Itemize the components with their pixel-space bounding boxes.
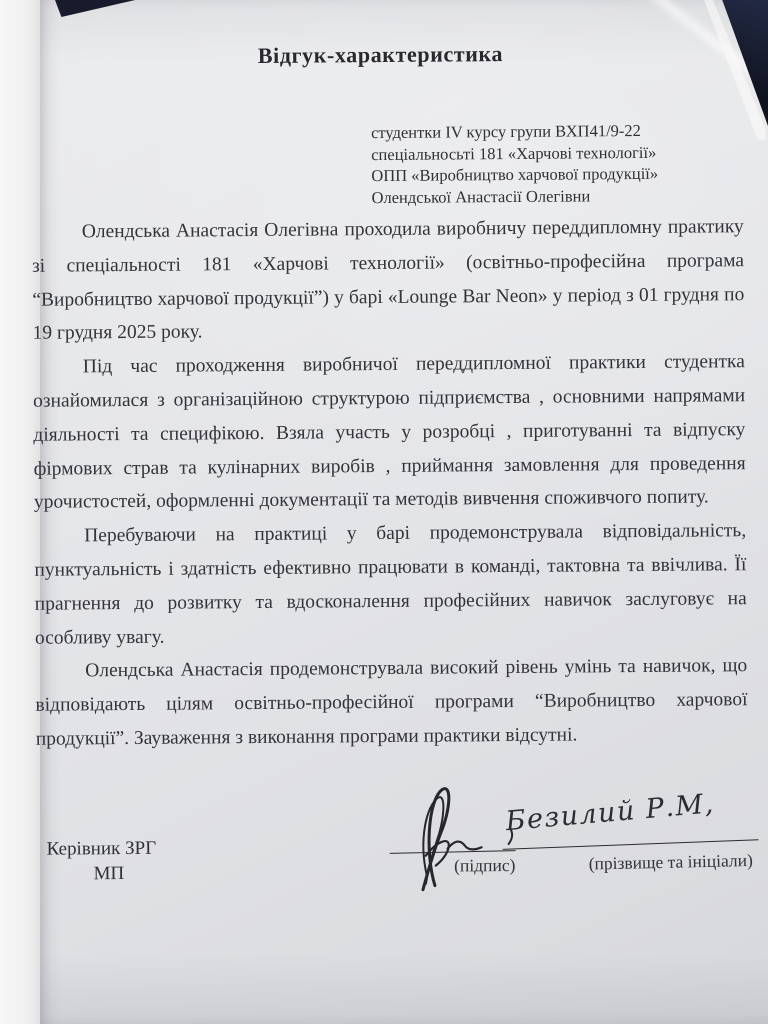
document-title: Відгук-характеристика [0, 39, 765, 71]
paragraph-intro: Олендська Анастасія Олегівна проходила в… [32, 210, 745, 351]
recipient-line-name: Олендської Анастасії Олегівни [371, 184, 658, 208]
seal-placeholder: МП [47, 863, 171, 886]
document-body: Олендська Анастасія Олегівна проходила в… [32, 210, 748, 756]
recipient-line-specialty: спеціальносьті 181 «Харчові технології» [371, 141, 658, 165]
document-content: Відгук-характеристика студентки IV курсу… [0, 0, 768, 1024]
document-photo: Відгук-характеристика студентки IV курсу… [0, 0, 768, 1024]
recipient-line-student: студентки IV курсу групи ВХП41/9-22 [371, 120, 658, 144]
name-initials-label: (прізвище та ініціали) [571, 850, 768, 875]
paragraph-activities: Під час проходження виробничої переддипл… [33, 345, 746, 520]
signature-label: (підпис) [405, 855, 565, 877]
supervisor-title: Керівник ЗРГ [47, 838, 157, 861]
handwritten-surname-initials: Безилий Р.М, [504, 788, 715, 837]
recipient-line-program: ОПП «Виробництво харчової продукції» [371, 163, 658, 187]
name-underline [503, 839, 759, 850]
recipient-block: студентки IV курсу групи ВХП41/9-22 спец… [371, 120, 658, 208]
paragraph-qualities: Перебуваючи на практиці у барі продемонс… [34, 514, 747, 655]
paragraph-conclusion: Олендська Анастасія продемонструвала вис… [35, 650, 748, 757]
